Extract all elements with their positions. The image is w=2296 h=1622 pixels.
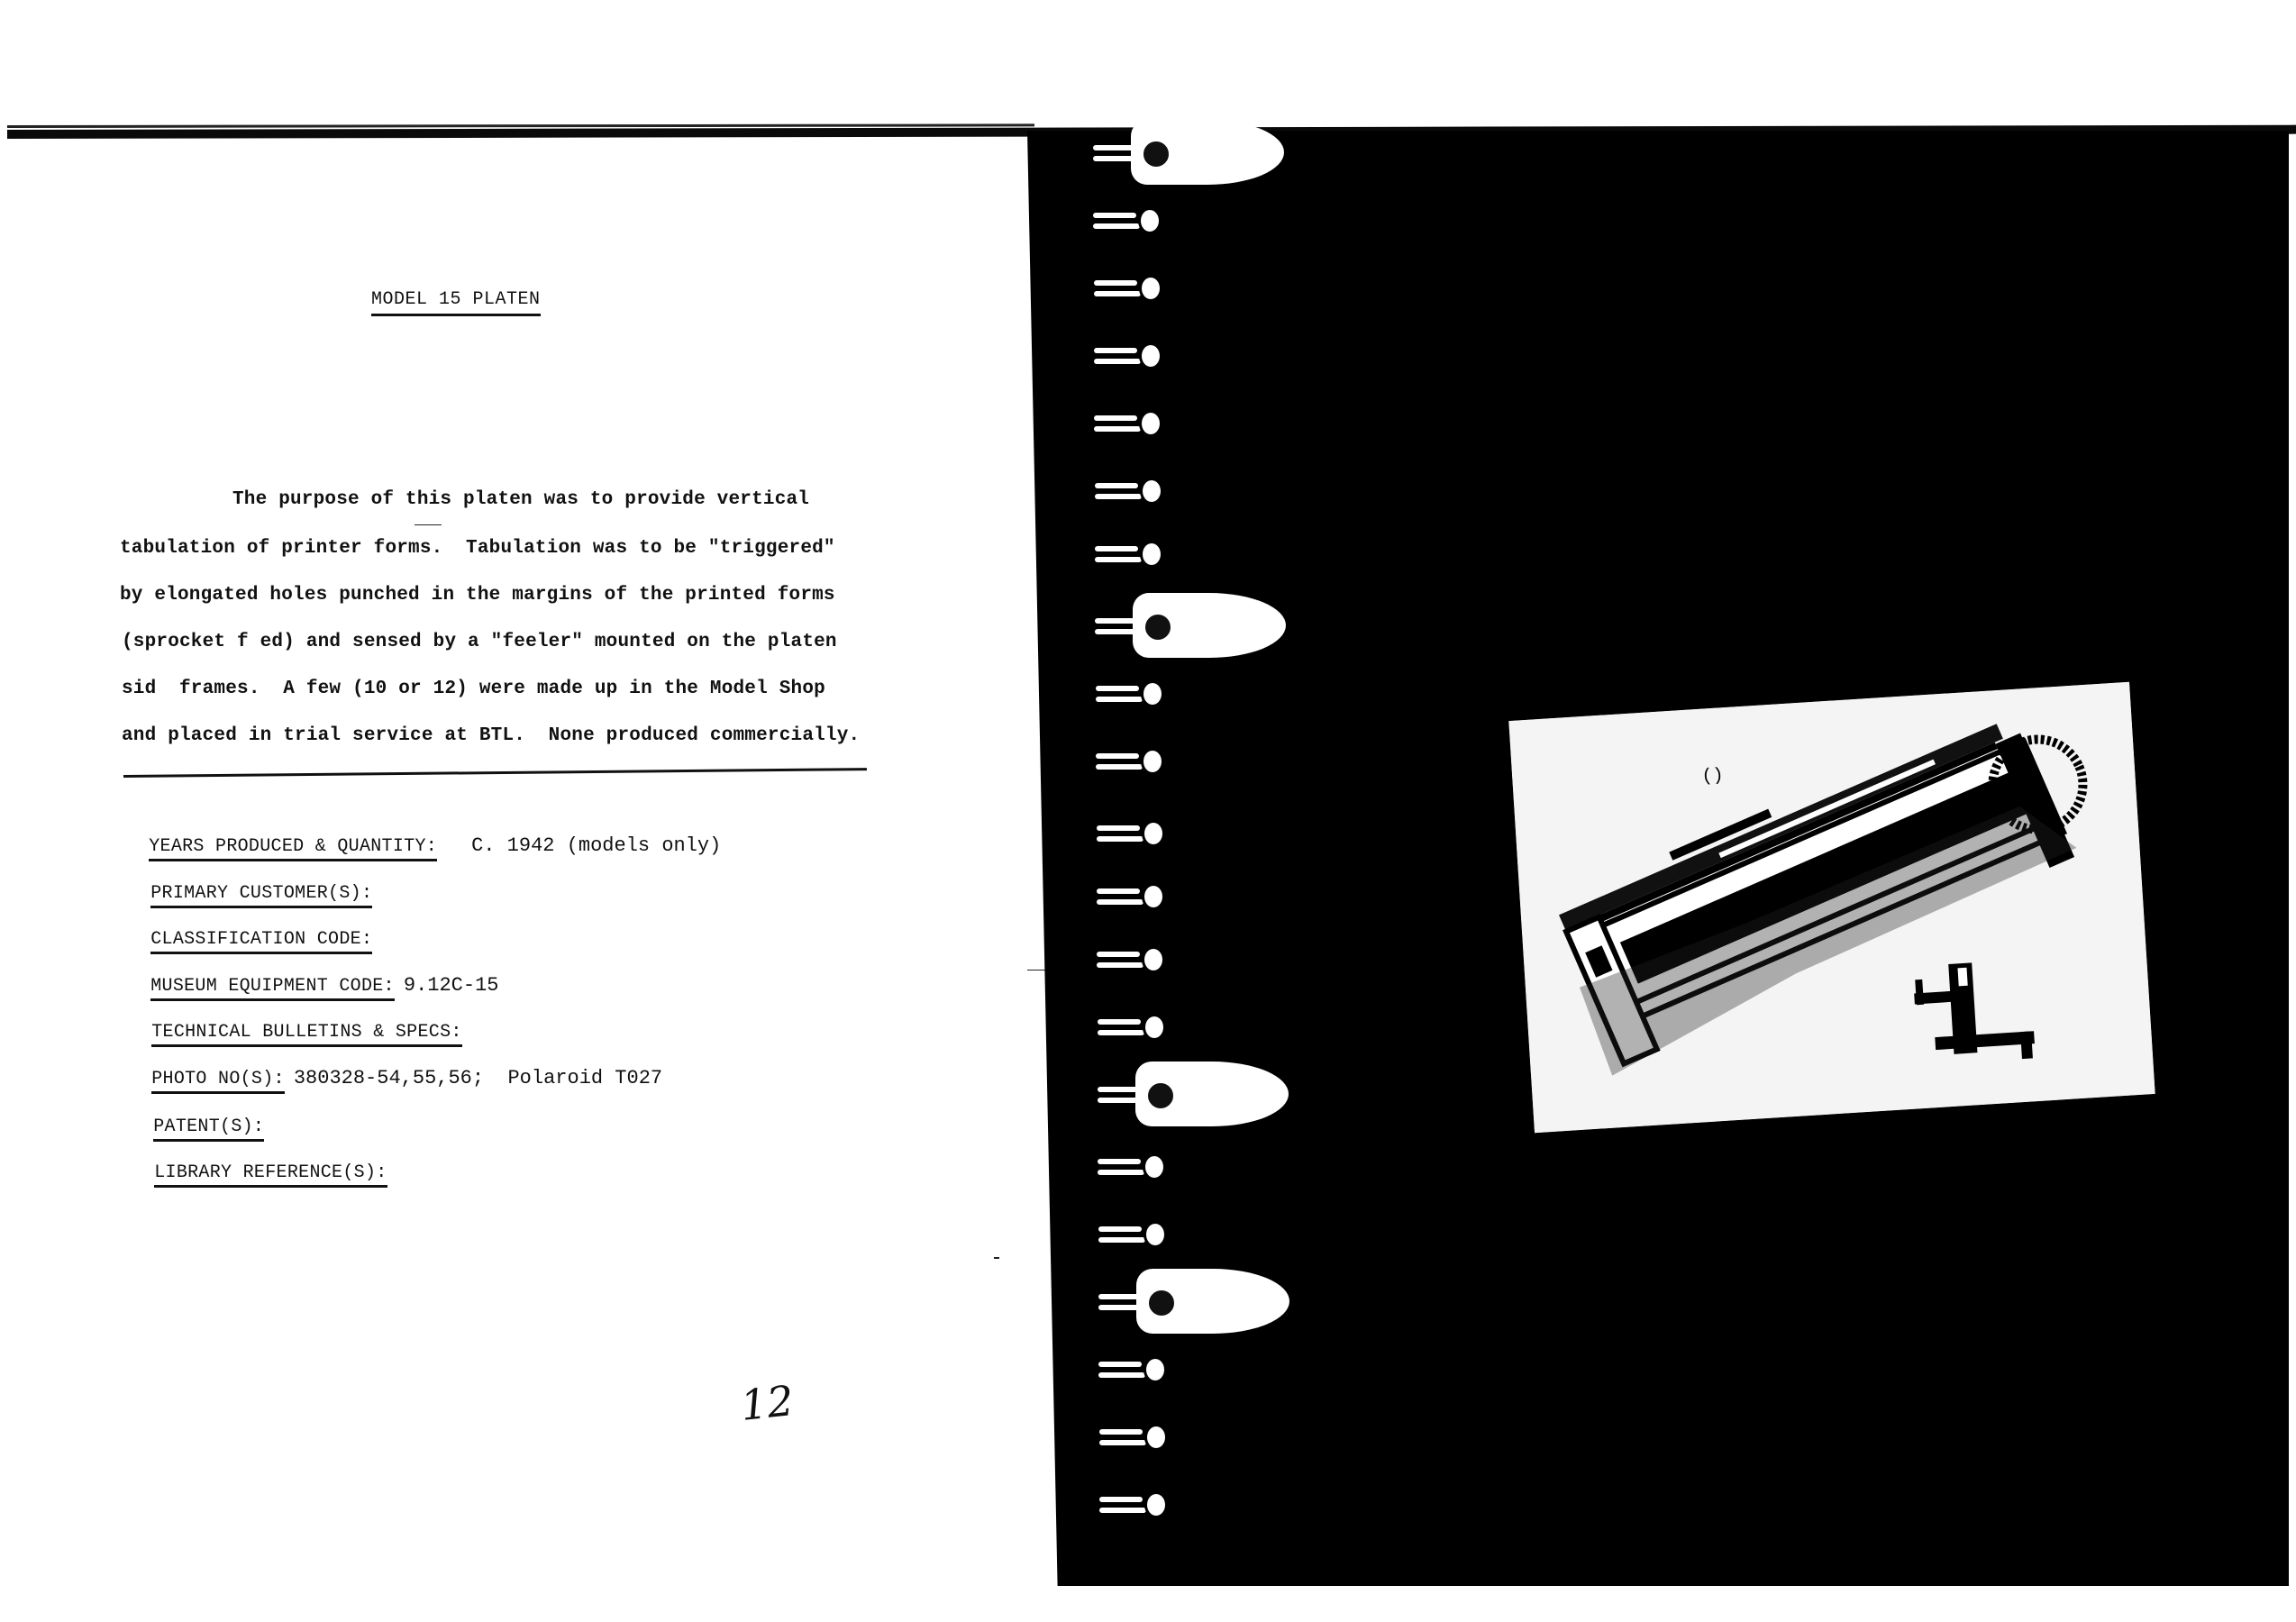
platen-image: ()	[1508, 682, 2155, 1133]
field-label: YEARS PRODUCED & QUANTITY:	[149, 835, 437, 861]
field-value: C. 1942 (models only)	[471, 834, 721, 858]
ring-loop	[1139, 275, 1162, 302]
platen-photograph: ()	[1508, 682, 2155, 1133]
svg-text:(): ()	[1701, 765, 1724, 787]
ring-loop	[1144, 1491, 1168, 1518]
ring-loop	[1143, 1356, 1167, 1383]
ring-loop	[1142, 946, 1165, 973]
ring-wire	[1093, 156, 1140, 161]
ring-wire	[1098, 1087, 1141, 1092]
binding-ring	[1081, 1152, 1189, 1182]
ring-wire	[1098, 1362, 1142, 1367]
binding-ring	[1080, 881, 1189, 912]
binding-ring	[1080, 944, 1189, 975]
binding-ring	[1078, 341, 1186, 371]
ring-loop	[1139, 342, 1162, 369]
paragraph-line: The purpose of this platen was to provid…	[232, 488, 809, 512]
field-label: PHOTO NO(S):	[151, 1068, 285, 1094]
ring-loop	[1143, 1014, 1166, 1041]
handwritten-page-number: 12	[738, 1376, 796, 1430]
ring-wire	[1098, 1372, 1145, 1378]
paragraph-line: (sprocket f ed) and sensed by a "feeler"…	[122, 631, 837, 654]
binding-ring	[1083, 1422, 1191, 1453]
ring-loop	[1140, 541, 1163, 568]
ring-loop	[1140, 478, 1163, 505]
binding-ring	[1078, 273, 1186, 304]
ring-wire	[1096, 764, 1143, 770]
scan-speck	[994, 1257, 999, 1259]
ring-loop	[1139, 410, 1162, 437]
ring-wire	[1098, 1294, 1142, 1299]
ring-loop	[1141, 680, 1164, 707]
ring-loop	[1141, 748, 1164, 775]
scan-speck	[415, 524, 442, 525]
ring-wire	[1098, 1030, 1144, 1035]
binding-ring	[1079, 476, 1187, 506]
ring-wire	[1095, 494, 1142, 499]
field-museum-equipment-code: MUSEUM EQUIPMENT CODE:9.12C-15	[128, 951, 499, 1001]
field-years-produced: YEARS PRODUCED & QUANTITY:C. 1942 (model…	[126, 811, 721, 861]
field-value: 380328-54,55,56; Polaroid T027	[294, 1067, 662, 1090]
ring-loop	[1142, 820, 1165, 847]
ring-loop	[1143, 1221, 1167, 1248]
ring-loop	[1140, 138, 1172, 170]
paragraph-line: tabulation of printer forms. Tabulation …	[120, 537, 835, 560]
ring-wire	[1099, 1440, 1146, 1445]
ring-wire	[1098, 1019, 1141, 1025]
ring-wire	[1095, 546, 1138, 551]
ring-loop	[1145, 1287, 1178, 1319]
ring-loop	[1142, 883, 1165, 910]
ring-wire	[1096, 697, 1143, 702]
ring-wire	[1093, 213, 1136, 218]
ring-wire	[1098, 1305, 1145, 1310]
ring-wire	[1097, 825, 1140, 831]
binding-ring	[1079, 539, 1187, 570]
ring-wire	[1099, 1497, 1143, 1502]
ring-wire	[1097, 952, 1140, 957]
ring-wire	[1097, 962, 1143, 968]
binding-ring	[1082, 1354, 1190, 1385]
binding-ring	[1083, 1490, 1191, 1520]
binding-ring	[1077, 138, 1185, 169]
ring-wire	[1098, 1226, 1142, 1232]
ring-wire	[1098, 1159, 1141, 1164]
ring-wire	[1094, 280, 1137, 286]
paragraph-line: and placed in trial service at BTL. None…	[122, 724, 860, 748]
ring-loop	[1143, 1153, 1166, 1180]
ring-wire	[1094, 348, 1137, 353]
field-primary-customer: PRIMARY CUSTOMER(S):	[128, 859, 372, 908]
ring-wire	[1094, 291, 1141, 296]
ring-loop	[1138, 207, 1162, 234]
ring-wire	[1094, 426, 1141, 432]
ring-wire	[1099, 1429, 1143, 1435]
ring-wire	[1095, 483, 1138, 488]
binding-ring	[1082, 1287, 1190, 1317]
field-library-references: LIBRARY REFERENCE(S):	[132, 1138, 387, 1188]
binding-ring	[1079, 611, 1187, 642]
binding-ring	[1082, 1219, 1190, 1250]
ring-wire	[1093, 223, 1140, 229]
ring-wire	[1097, 899, 1143, 905]
ring-wire	[1095, 618, 1138, 624]
ring-wire	[1095, 557, 1142, 562]
ring-wire	[1099, 1508, 1146, 1513]
field-classification-code: CLASSIFICATION CODE:	[128, 905, 372, 954]
binding-ring	[1080, 679, 1188, 709]
ring-loop	[1144, 1080, 1177, 1112]
ring-wire	[1097, 888, 1140, 894]
ring-wire	[1098, 1237, 1145, 1243]
ring-wire	[1093, 145, 1136, 150]
field-label: LIBRARY REFERENCE(S):	[154, 1162, 387, 1188]
binding-ring	[1080, 746, 1188, 777]
field-patents: PATENT(S):	[131, 1092, 264, 1142]
ring-loop	[1144, 1424, 1168, 1451]
spiral-binding	[1077, 131, 1293, 1586]
ring-wire	[1096, 753, 1139, 759]
ring-wire	[1094, 359, 1141, 364]
ring-wire	[1098, 1170, 1144, 1175]
binding-ring	[1080, 818, 1189, 849]
document-title: MODEL 15 PLATEN	[371, 288, 541, 316]
field-photo-numbers: PHOTO NO(S):380328-54,55,56; Polaroid T0…	[129, 1043, 662, 1094]
binding-ring	[1077, 205, 1185, 236]
paragraph-line: sid frames. A few (10 or 12) were made u…	[122, 678, 825, 701]
binding-ring	[1081, 1012, 1189, 1043]
ring-wire	[1094, 415, 1137, 421]
ring-wire	[1097, 836, 1143, 842]
ring-wire	[1098, 1098, 1144, 1103]
binding-ring	[1081, 1080, 1189, 1110]
ring-wire	[1096, 686, 1139, 691]
binding-ring	[1078, 408, 1186, 439]
field-technical-bulletins: TECHNICAL BULLETINS & SPECS:	[129, 998, 462, 1047]
paragraph-line: by elongated holes punched in the margin…	[120, 584, 835, 607]
field-value: 9.12C-15	[404, 974, 499, 998]
ring-wire	[1095, 629, 1142, 634]
